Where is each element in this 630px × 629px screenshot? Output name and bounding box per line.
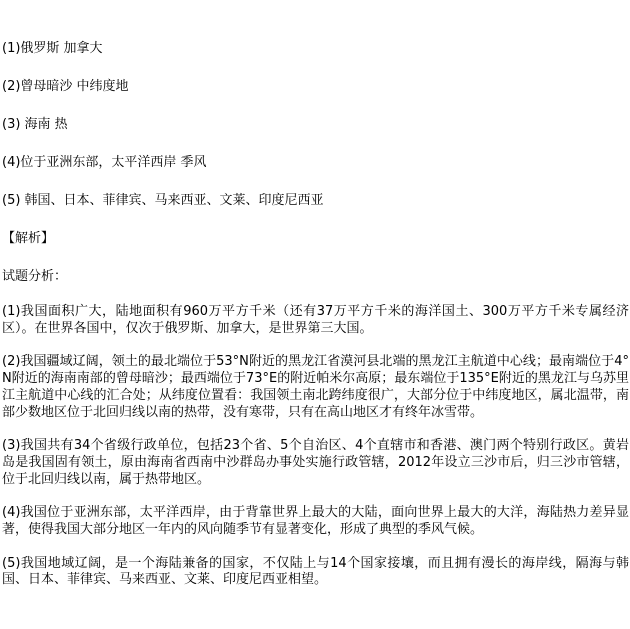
answer-line-3: (3) 海南 热 — [2, 116, 629, 133]
analysis-paragraph-5: (5)我国地域辽阔，是一个海陆兼备的国家，不仅陆上与14个国家接壤，而且拥有漫长… — [2, 556, 629, 589]
answer-line-4: (4)位于亚洲东部，太平洋西岸 季风 — [2, 154, 629, 171]
answer-line-1: (1)俄罗斯 加拿大 — [2, 40, 629, 57]
analysis-heading: 【解析】 — [2, 230, 629, 247]
analysis-section: 【解析】 试题分析： (1)我国面积广大，陆地面积有960万平方千米（还有37万… — [2, 230, 629, 589]
analysis-subheading: 试题分析： — [2, 268, 629, 285]
answer-line-5: (5) 韩国、日本、菲律宾、马来西亚、文莱、印度尼西亚 — [2, 192, 629, 209]
analysis-paragraph-4: (4)我国位于亚洲东部，太平洋西岸，由于背靠世界上最大的大陆，面向世界上最大的大… — [2, 505, 629, 538]
analysis-paragraph-2: (2)我国疆域辽阔，领土的最北端位于53°N附近的黑龙江省漠河县北端的黑龙江主航… — [2, 354, 629, 421]
answer-line-2: (2)曾母暗沙 中纬度地 — [2, 78, 629, 95]
answer-section: (1)俄罗斯 加拿大 (2)曾母暗沙 中纬度地 (3) 海南 热 (4)位于亚洲… — [2, 40, 629, 209]
analysis-paragraph-3: (3)我国共有34个省级行政单位，包括23个省、5个自治区、4个直辖市和香港、澳… — [2, 438, 629, 488]
analysis-paragraph-1: (1)我国面积广大，陆地面积有960万平方千米（还有37万平方千米的海洋国土、3… — [2, 304, 629, 337]
exam-answer-page: (1)俄罗斯 加拿大 (2)曾母暗沙 中纬度地 (3) 海南 热 (4)位于亚洲… — [0, 0, 630, 629]
